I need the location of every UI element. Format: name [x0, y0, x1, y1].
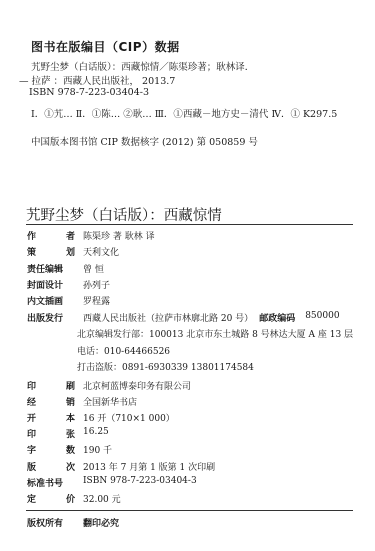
publisher-phone: 电话：010-64466526 — [77, 344, 170, 357]
spec-row-edition: 版次 2013 年 7 月第 1 版第 1 次印刷 — [27, 460, 215, 473]
detail-row-cover-design: 封面设计 孙列子 — [27, 278, 110, 291]
bottom-divider — [26, 510, 353, 511]
spec-label: 标准书号 — [27, 476, 75, 489]
spec-value: 16.25 — [83, 427, 109, 440]
detail-value: 曾 恒 — [83, 262, 104, 275]
copyright-notice: 版权所有 翻印必究 — [27, 516, 119, 529]
detail-value: 罗程露 — [83, 294, 110, 307]
detail-label: 内文插画 — [27, 294, 75, 307]
detail-label: 责任编辑 — [27, 262, 75, 275]
anti-piracy-hotline: 打击盗版：0891-6930339 13801174584 — [77, 360, 254, 373]
rights-label: 版权所有 — [27, 516, 75, 529]
spec-value: 北京柯蓝博泰印务有限公司 — [83, 379, 191, 392]
detail-label: 封面设计 — [27, 278, 75, 291]
detail-row-illustration: 内文插画 罗程露 — [27, 294, 110, 307]
spec-value: 全国新华书店 — [83, 395, 137, 408]
detail-value: 天利文化 — [83, 245, 119, 258]
publisher-beijing-office: 北京编辑发行部：100013 北京市东土城路 8 号林达大厦 A 座 13 层 — [77, 327, 353, 340]
postcode-value: 850000 — [305, 311, 339, 324]
spec-label: 版次 — [27, 460, 75, 473]
cip-publisher-line: — 拉萨 ：西藏人民出版社， 2013.7 — [19, 73, 175, 87]
spec-value: 32.00 元 — [83, 492, 121, 505]
detail-value: 陈渠珍 著 耿林 译 — [83, 229, 155, 242]
cip-classification: Ⅰ．①艽… Ⅱ．①陈… ②耿… Ⅲ．①西藏－地方史－清代 Ⅳ．① K297.5 — [31, 106, 337, 120]
rights-value: 翻印必究 — [83, 516, 119, 529]
spec-value: 190 千 — [83, 443, 112, 456]
book-title: 艽野尘梦（白话版）：西藏惊情 — [26, 204, 222, 225]
spec-label: 印刷 — [27, 379, 75, 392]
detail-label: 策划 — [27, 245, 75, 258]
detail-row-author: 作者 陈渠珍 著 耿林 译 — [27, 229, 155, 242]
detail-label: 出版发行 — [27, 311, 75, 324]
cip-record-number: 中国版本图书馆 CIP 数据核字 (2012) 第 050859 号 — [31, 134, 258, 148]
spec-row-sheets: 印张 16.25 — [27, 427, 109, 440]
spec-row-price: 定价 32.00 元 — [27, 492, 121, 505]
detail-label: 作者 — [27, 229, 75, 242]
spec-label: 开本 — [27, 411, 75, 424]
detail-value: 孙列子 — [83, 278, 110, 291]
cip-isbn-line: ISBN 978-7-223-03404-3 — [29, 87, 149, 98]
spec-value: 2013 年 7 月第 1 版第 1 次印刷 — [83, 460, 215, 473]
detail-row-editor: 责任编辑 曾 恒 — [27, 262, 104, 275]
title-divider — [26, 224, 353, 225]
spec-label: 经销 — [27, 395, 75, 408]
spec-label: 字数 — [27, 443, 75, 456]
cip-title-line: 艽野尘梦（白话版）：西藏惊情／陈渠珍著；耿林译． — [31, 59, 254, 73]
spec-value: ISBN 978-7-223-03404-3 — [83, 476, 197, 489]
spec-row-word-count: 字数 190 千 — [27, 443, 112, 456]
cip-heading: 图书在版编目（CIP）数据 — [31, 38, 180, 55]
detail-value: 西藏人民出版社（拉萨市林廓北路 20 号） — [83, 311, 253, 324]
spec-row-distributor: 经销 全国新华书店 — [27, 395, 137, 408]
spec-row-printer: 印刷 北京柯蓝博泰印务有限公司 — [27, 379, 191, 392]
spec-value: 16 开（710×1 000） — [83, 411, 175, 424]
detail-row-publisher: 出版发行 西藏人民出版社（拉萨市林廓北路 20 号） 邮政编码 850000 — [27, 311, 340, 324]
spec-row-format: 开本 16 开（710×1 000） — [27, 411, 175, 424]
spec-label: 定价 — [27, 492, 75, 505]
spec-row-isbn: 标准书号 ISBN 978-7-223-03404-3 — [27, 476, 197, 489]
spec-label: 印张 — [27, 427, 75, 440]
detail-row-planning: 策划 天利文化 — [27, 245, 119, 258]
postcode-label: 邮政编码 — [259, 311, 295, 324]
